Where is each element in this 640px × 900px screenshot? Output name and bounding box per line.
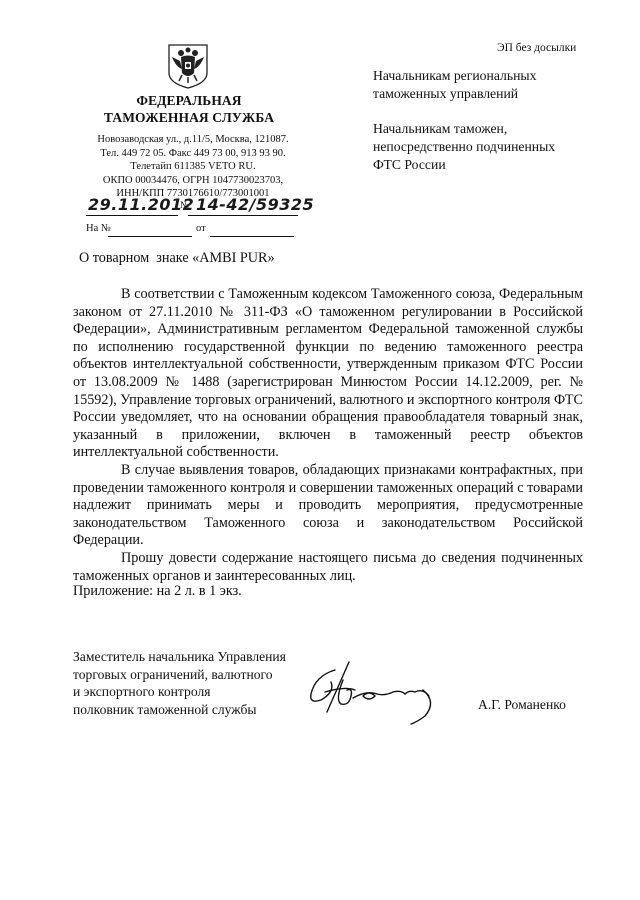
recipient-block-1: Начальникам региональных таможенных упра…: [373, 67, 536, 103]
attachment-note: Приложение: на 2 л. в 1 экз.: [73, 583, 242, 600]
letter-subject: О товарном знаке «AMBI PUR»: [79, 250, 275, 267]
registration-stamp: 29.11.2012 № 14-42/59325: [86, 195, 326, 217]
recipient-line: Начальникам таможен,: [373, 120, 555, 138]
address-line: Новозаводская ул., д.11/5, Москва, 12108…: [86, 133, 300, 147]
org-name-line-2: ТАМОЖЕННАЯ СЛУЖБА: [96, 109, 282, 126]
signature-icon: [305, 660, 445, 726]
body-paragraph-3: Прошу довести содержание настоящего пись…: [73, 550, 583, 585]
registration-number: 14-42/59325: [196, 195, 314, 214]
signer-title-line: полковник таможенной службы: [73, 701, 286, 719]
number-underline: [188, 215, 298, 216]
signer-title-line: и экспортного контроля: [73, 683, 286, 701]
address-line: ОКПО 00034476, ОГРН 1047730023703,: [86, 174, 300, 188]
signer-name: А.Г. Романенко: [478, 697, 566, 713]
body-paragraph-2: В случае выявления товаров, обладающих п…: [73, 462, 583, 550]
reference-line: На № от: [86, 223, 306, 241]
reference-date-blank: [210, 236, 294, 237]
recipient-line: таможенных управлений: [373, 85, 536, 103]
coat-of-arms-icon: [166, 43, 210, 89]
recipient-line: ФТС России: [373, 156, 555, 174]
date-underline: [86, 215, 178, 216]
organization-name: ФЕДЕРАЛЬНАЯ ТАМОЖЕННАЯ СЛУЖБА: [96, 92, 282, 126]
reference-date-label: от: [196, 223, 206, 234]
address-line: Телетайп 611385 VETO RU.: [86, 160, 300, 174]
recipient-block-2: Начальникам таможен, непосредственно под…: [373, 120, 555, 174]
org-name-line-1: ФЕДЕРАЛЬНАЯ: [96, 92, 282, 109]
recipient-line: непосредственно подчиненных: [373, 138, 555, 156]
address-line: Тел. 449 72 05. Факс 449 73 00, 913 93 9…: [86, 147, 300, 161]
top-note: ЭП без досылки: [497, 42, 576, 54]
body-paragraph-1: В соответствии с Таможенным кодексом Там…: [73, 286, 583, 462]
signer-title: Заместитель начальника Управления торгов…: [73, 648, 286, 718]
reference-number-blank: [108, 236, 192, 237]
reference-number-label: На №: [86, 223, 111, 234]
signer-title-line: торговых ограничений, валютного: [73, 666, 286, 684]
letter-body: В соответствии с Таможенным кодексом Там…: [73, 286, 583, 585]
organization-address: Новозаводская ул., д.11/5, Москва, 12108…: [86, 133, 300, 201]
recipient-line: Начальникам региональных: [373, 67, 536, 85]
registration-date: 29.11.2012: [88, 195, 194, 214]
number-sign: №: [180, 200, 190, 211]
signer-title-line: Заместитель начальника Управления: [73, 648, 286, 666]
